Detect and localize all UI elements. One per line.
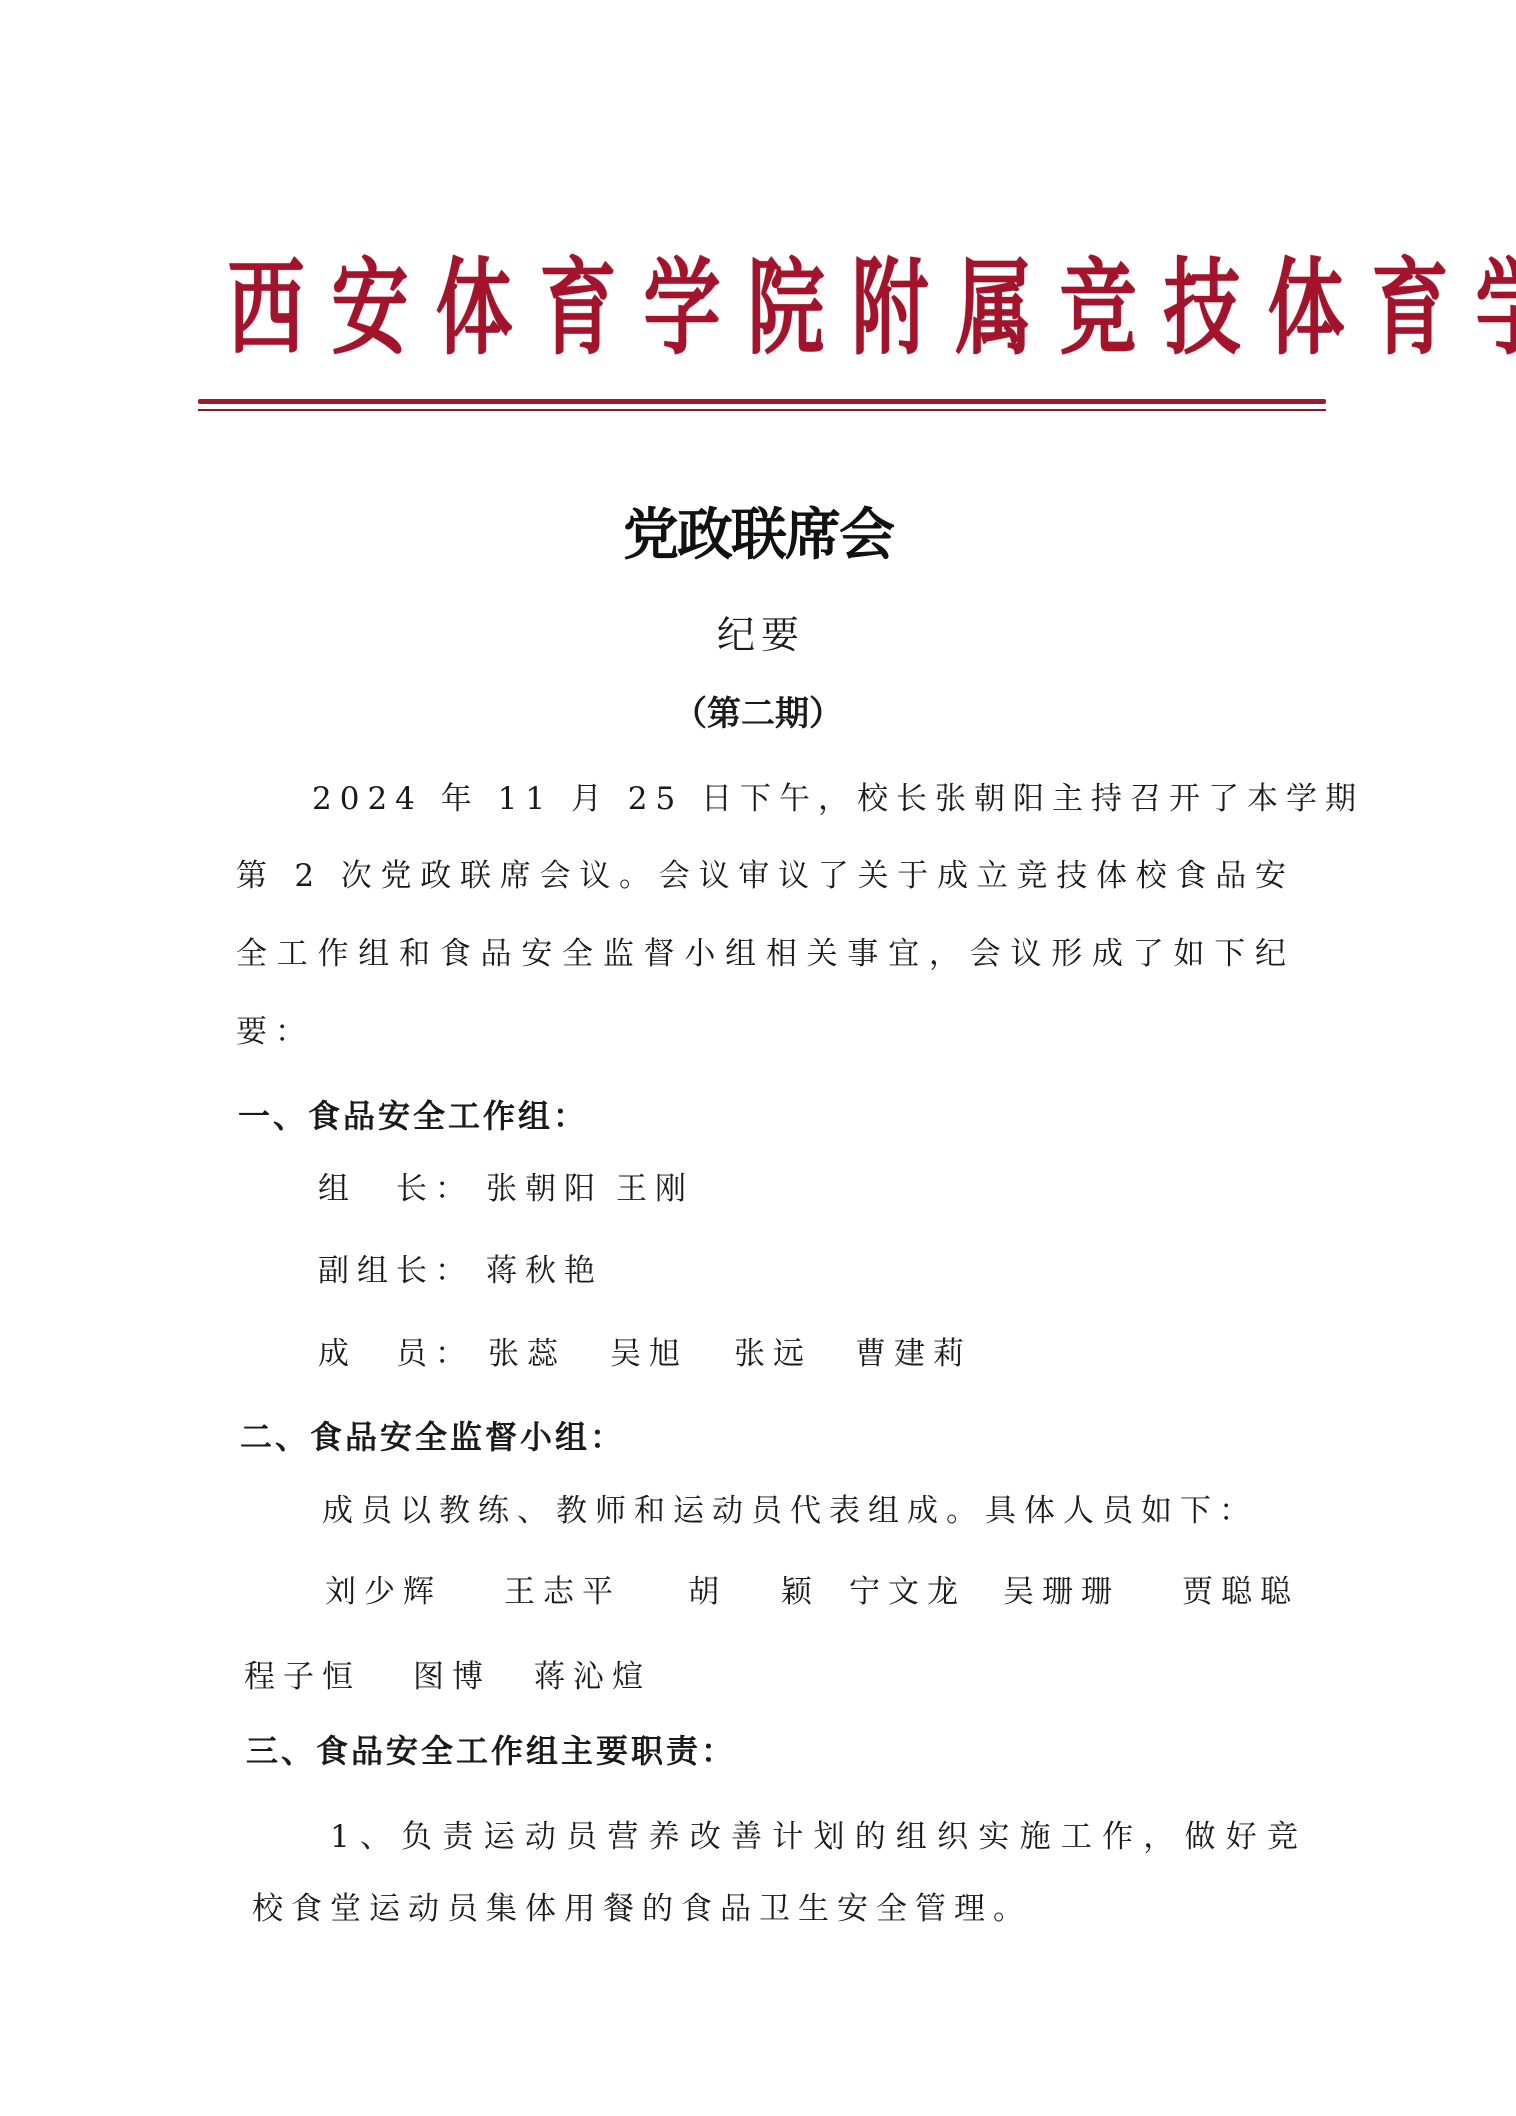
section2-heading: 二、食品安全监督小组： [240,1417,1298,1457]
letterhead-char: 竞 [1060,246,1137,370]
supervisor-name-7: 程子恒 [244,1657,361,1697]
member-name-1: 张蕊 [488,1334,566,1374]
letterhead-rule-thin [198,409,1326,411]
letterhead-char: 技 [1164,246,1241,370]
supervisor-name-3: 胡 颖 [688,1572,838,1612]
member-name-2: 吴旭 [610,1334,688,1374]
supervisor-name-9: 蒋沁煊 [534,1657,651,1697]
member-name-3: 张远 [734,1334,812,1374]
leader-name-2: 王刚 [616,1169,694,1209]
duty-1-line-1: 1、负责运动员营养改善计划的组织实施工作，做好竞 [330,1817,1306,1857]
duty-1-line-2: 校食堂运动员集体用餐的食品卫生安全管理。 [252,1889,1032,1929]
letterhead-char: 育 [540,246,617,370]
letterhead-rule-thick [198,399,1326,404]
letterhead-char: 学 [644,246,721,370]
section2-description: 成员以教练、教师和运动员代表组成。具体人员如下： [322,1491,1294,1531]
letterhead-char: 院 [748,246,825,370]
intro-line-3: 全工作组和食品安全监督小组相关事宜，会议形成了如下纪 [236,934,1294,974]
leader-name-1: 张朝阳 [486,1169,603,1209]
letterhead-char: 西 [228,246,305,370]
letterhead-school-name: 西安体育学院附属竞技体育学校 [214,246,1326,370]
supervisor-name-5: 吴珊珊 [1003,1572,1120,1612]
letterhead-char: 安 [332,246,409,370]
intro-line-2: 第 2 次党政联席会议。会议审议了关于成立竞技体校食品安 [236,856,1294,896]
supervisor-name-8: 图博 [413,1657,491,1697]
supervisor-name-1: 刘少辉 [325,1572,442,1612]
letterhead-char: 育 [1372,246,1449,370]
letterhead-char: 学 [1476,246,1516,370]
document-subtitle: 纪要 [0,612,1516,658]
letterhead-char: 体 [436,246,513,370]
document-issue-number: （第二期） [0,692,1516,736]
supervisor-name-6: 贾聪聪 [1182,1572,1299,1612]
leader-label: 组 长： [318,1169,474,1209]
section3-heading: 三、食品安全工作组主要职责： [246,1731,1304,1771]
document-title: 党政联席会 [0,503,1516,567]
intro-line-1: 2024 年 11 月 25 日下午，校长张朝阳主持召开了本学期 [312,779,1294,819]
deputy-label: 副组长： [318,1251,474,1291]
supervisor-name-4: 宁文龙 [849,1572,966,1612]
letterhead-char: 附 [852,246,929,370]
section1-heading: 一、食品安全工作组： [238,1096,1296,1136]
supervisor-name-2: 王志平 [504,1572,621,1612]
member-name-4: 曹建莉 [855,1334,972,1374]
members-label: 成 员： [318,1334,474,1374]
deputy-name-1: 蒋秋艳 [486,1251,603,1291]
intro-line-4: 要： [236,1012,1294,1052]
letterhead-char: 属 [956,246,1033,370]
letterhead-char: 体 [1268,246,1345,370]
